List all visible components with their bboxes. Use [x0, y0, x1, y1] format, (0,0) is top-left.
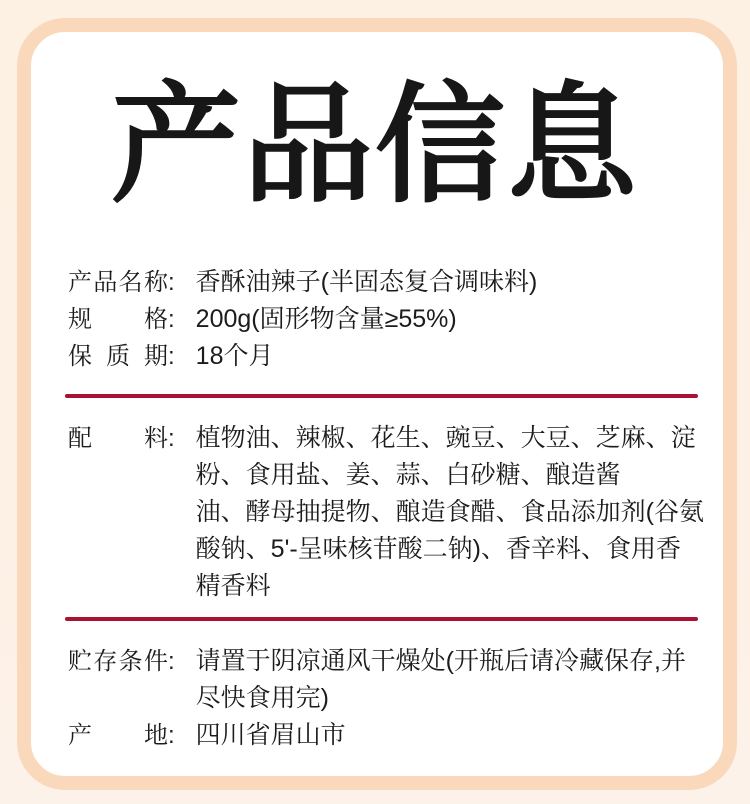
field-value: 植物油、辣椒、花生、豌豆、大豆、芝麻、淀 粉、食用盐、姜、蒜、白砂糖、酿造酱 油… — [196, 420, 704, 605]
divider-top — [65, 394, 698, 398]
field-colon: : — [168, 717, 175, 754]
field-value: 请置于阴凉通风干燥处(开瓶后请冷藏保存,并 尽快食用完) — [196, 643, 686, 717]
info-row-origin: 产地 : 四川省眉山市 — [68, 717, 686, 754]
basic-info-section: 产品名称 : 香酥油辣子(半固态复合调味料) 规格 : 200g(固形物含量≥5… — [68, 264, 537, 375]
field-colon: : — [168, 301, 175, 338]
field-value: 四川省眉山市 — [196, 717, 346, 754]
product-info-page: 产品信息 产品名称 : 香酥油辣子(半固态复合调味料) 规格 : 200g(固形… — [0, 0, 750, 804]
info-row-specification: 规格 : 200g(固形物含量≥55%) — [68, 301, 537, 338]
info-row-shelf-life: 保质期 : 18个月 — [68, 338, 537, 375]
field-colon: : — [168, 420, 175, 457]
field-label: 规格 — [68, 301, 168, 338]
field-label: 贮存条件 — [68, 643, 168, 680]
info-row-ingredients: 配料 : 植物油、辣椒、花生、豌豆、大豆、芝麻、淀 粉、食用盐、姜、蒜、白砂糖、… — [68, 420, 704, 605]
field-value: 香酥油辣子(半固态复合调味料) — [196, 264, 538, 301]
field-colon: : — [168, 264, 175, 301]
field-label: 保质期 — [68, 338, 168, 375]
field-label: 配料 — [68, 420, 168, 457]
field-label: 产地 — [68, 717, 168, 754]
field-colon: : — [168, 338, 175, 375]
divider-bottom — [65, 617, 698, 621]
field-colon: : — [168, 643, 175, 680]
field-value: 18个月 — [196, 338, 274, 375]
info-row-storage-conditions: 贮存条件 : 请置于阴凉通风干燥处(开瓶后请冷藏保存,并 尽快食用完) — [68, 643, 686, 717]
storage-section: 贮存条件 : 请置于阴凉通风干燥处(开瓶后请冷藏保存,并 尽快食用完) 产地 :… — [68, 643, 686, 754]
field-label: 产品名称 — [68, 264, 168, 301]
ingredients-section: 配料 : 植物油、辣椒、花生、豌豆、大豆、芝麻、淀 粉、食用盐、姜、蒜、白砂糖、… — [68, 420, 704, 605]
page-title: 产品信息 — [0, 76, 750, 214]
field-value: 200g(固形物含量≥55%) — [196, 301, 457, 338]
info-row-product-name: 产品名称 : 香酥油辣子(半固态复合调味料) — [68, 264, 537, 301]
